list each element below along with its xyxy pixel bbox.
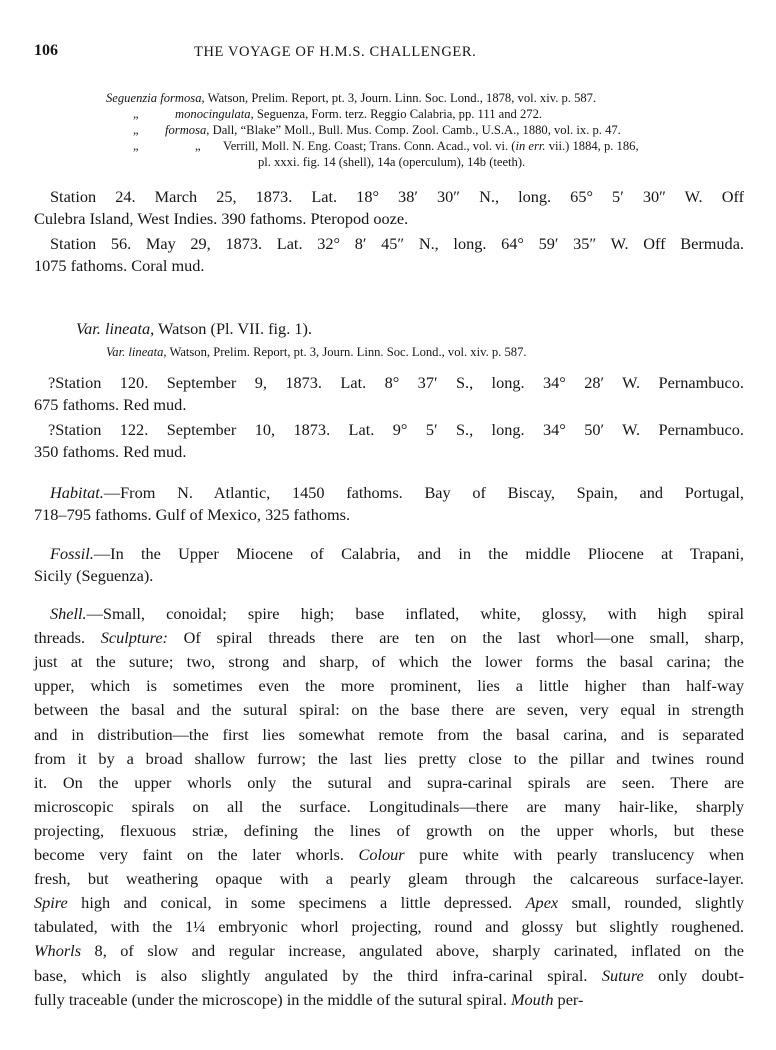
fossil-line-2: Sicily (Seguenza). <box>34 565 744 587</box>
ditto-mark: „ <box>133 106 153 122</box>
ditto-mark: „ <box>133 122 153 138</box>
shell-description-line: Shell.—Small, conoidal; spire high; base… <box>50 603 744 625</box>
shell-description-line: threads. Sculpture: Of spiral threads th… <box>34 627 744 649</box>
fossil-label: Fossil. <box>50 544 94 563</box>
ditto-mark: „ <box>195 138 215 154</box>
shell-description-line: it. On the upper whorls only the sutural… <box>34 772 744 794</box>
shell-description-line: tabulated, with the 1¼ embryonic whorl p… <box>34 916 744 938</box>
shell-description-line: fresh, but weathering opaque with a pear… <box>34 868 744 890</box>
synonymy-line-1: Seguenzia formosa, Watson, Prelim. Repor… <box>106 90 776 106</box>
shell-description-line: become very faint on the later whorls. C… <box>34 844 744 866</box>
station-122-line-2: 350 fathoms. Red mud. <box>34 441 744 463</box>
shell-description-line: and in distribution—the first lies somew… <box>34 724 744 746</box>
habitat-line-1: Habitat.—From N. Atlantic, 1450 fathoms.… <box>50 482 744 504</box>
shell-description-line: from it by a broad shallow furrow; the l… <box>34 748 744 770</box>
running-title: THE VOYAGE OF H.M.S. CHALLENGER. <box>194 44 476 61</box>
station-120-line-1: ?Station 120. September 9, 1873. Lat. 8°… <box>48 372 744 394</box>
ditto-mark: „ <box>133 138 153 154</box>
synonym-name: Seguenzia formosa <box>106 91 202 105</box>
synonymy-line-4: „„Verrill, Moll. N. Eng. Coast; Trans. C… <box>133 138 776 154</box>
shell-description-line: projecting, flexuous striæ, defining the… <box>34 820 744 842</box>
document-page: 106 THE VOYAGE OF H.M.S. CHALLENGER. Seg… <box>0 0 776 1050</box>
station-120-line-2: 675 fathoms. Red mud. <box>34 394 744 416</box>
shell-description-line: microscopic spirals on all the surface. … <box>34 796 744 818</box>
shell-description-line: Whorls 8, of slow and regular increase, … <box>34 940 744 962</box>
synonym-name: monocingulata <box>175 107 251 121</box>
shell-description-line: base, which is also slightly angulated b… <box>34 965 744 987</box>
shell-description-line: fully traceable (under the microscope) i… <box>34 989 744 1011</box>
station-56-line-1: Station 56. May 29, 1873. Lat. 32° 8′ 45… <box>50 233 744 255</box>
shell-description-line: just at the suture; two, strong and shar… <box>34 651 744 673</box>
page-header: 106 THE VOYAGE OF H.M.S. CHALLENGER. <box>34 42 746 64</box>
shell-description-line: upper, which is sometimes even the more … <box>34 675 744 697</box>
fossil-line-1: Fossil.—In the Upper Miocene of Calabria… <box>50 543 744 565</box>
station-24-line-2: Culebra Island, West Indies. 390 fathoms… <box>34 208 744 230</box>
shell-description-line: between the basal and the sutural spiral… <box>34 699 744 721</box>
synonymy-line-5: pl. xxxi. fig. 14 (shell), 14a (operculu… <box>258 154 776 170</box>
station-56-line-2: 1075 fathoms. Coral mud. <box>34 255 744 277</box>
habitat-line-2: 718–795 fathoms. Gulf of Mexico, 325 fat… <box>34 504 744 526</box>
variety-heading: Var. lineata, Watson (Pl. VII. fig. 1). <box>76 318 676 340</box>
shell-description-line: Spire high and conical, in some specimen… <box>34 892 744 914</box>
synonymy-line-2: „monocingulata, Seguenza, Form. terz. Re… <box>133 106 776 122</box>
page-number: 106 <box>34 42 58 60</box>
synonymy-line-3: „formosa, Dall, “Blake” Moll., Bull. Mus… <box>133 122 776 138</box>
habitat-label: Habitat. <box>50 483 104 502</box>
station-24-line-1: Station 24. March 25, 1873. Lat. 18° 38′… <box>50 186 744 208</box>
variety-synonymy: Var. lineata, Watson, Prelim. Report, pt… <box>106 345 527 360</box>
station-122-line-1: ?Station 122. September 10, 1873. Lat. 9… <box>48 419 744 441</box>
synonym-name: formosa <box>165 123 206 137</box>
